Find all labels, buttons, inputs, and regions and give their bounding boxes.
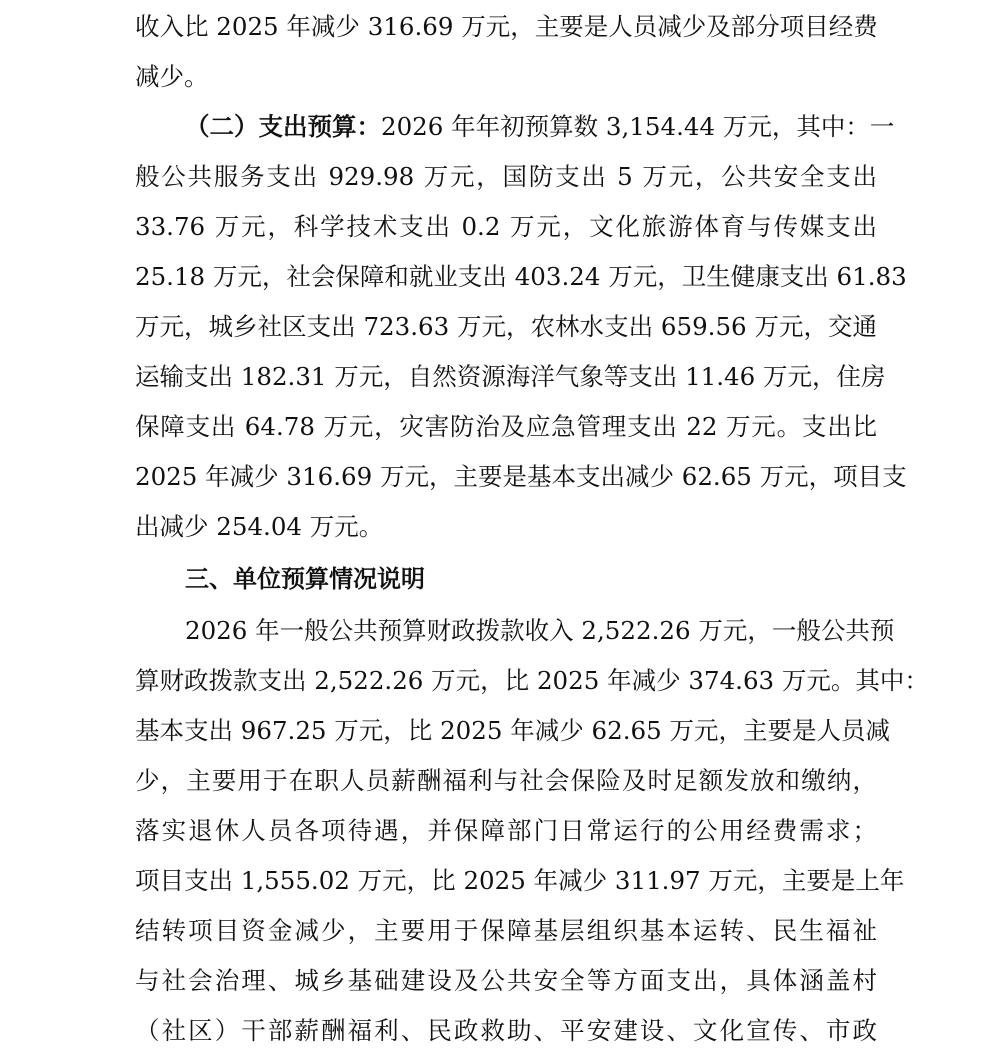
paragraph-line: 般公共服务支出 929.98 万元，国防支出 5 万元，公共安全支出 bbox=[135, 152, 877, 202]
paragraph-line: 保障支出 64.78 万元，灾害防治及应急管理支出 22 万元。支出比 bbox=[135, 402, 877, 452]
paragraph-line: 收入比 2025 年减少 316.69 万元，主要是人员减少及部分项目经费 bbox=[135, 2, 877, 52]
section-heading: 三、单位预算情况说明 bbox=[135, 554, 877, 604]
paragraph-line: 万元，城乡社区支出 723.63 万元，农林水支出 659.56 万元，交通 bbox=[135, 302, 877, 352]
expenditure-budget-heading: （二）支出预算： bbox=[185, 112, 381, 141]
paragraph-line: 33.76 万元，科学技术支出 0.2 万元，文化旅游体育与传媒支出 bbox=[135, 202, 877, 252]
paragraph-line: 结转项目资金减少，主要用于保障基层组织基本运转、民生福祉 bbox=[135, 906, 877, 956]
paragraph-line: 项目支出 1,555.02 万元，比 2025 年减少 311.97 万元，主要… bbox=[135, 856, 877, 906]
paragraph-line: 落实退休人员各项待遇，并保障部门日常运行的公用经费需求； bbox=[135, 806, 877, 856]
paragraph-line: 2025 年减少 316.69 万元，主要是基本支出减少 62.65 万元，项目… bbox=[135, 452, 877, 502]
paragraph-line: 出减少 254.04 万元。 bbox=[135, 502, 877, 552]
paragraph-line: 运输支出 182.31 万元，自然资源海洋气象等支出 11.46 万元，住房 bbox=[135, 352, 877, 402]
paragraph-line: （社区）干部薪酬福利、民政救助、平安建设、文化宣传、市政 bbox=[135, 1006, 877, 1056]
paragraph-line: 2026 年一般公共预算财政拨款收入 2,522.26 万元，一般公共预 bbox=[135, 606, 877, 656]
paragraph-line: 基本支出 967.25 万元，比 2025 年减少 62.65 万元，主要是人员… bbox=[135, 706, 877, 756]
paragraph-line: 减少。 bbox=[135, 52, 877, 102]
expenditure-budget-text: 2026 年年初预算数 3,154.44 万元，其中：一 bbox=[381, 112, 894, 141]
expenditure-budget-line: （二）支出预算：2026 年年初预算数 3,154.44 万元，其中：一 bbox=[135, 102, 877, 152]
paragraph-line: 少，主要用于在职人员薪酬福利与社会保险及时足额发放和缴纳， bbox=[135, 756, 877, 806]
paragraph-line: 算财政拨款支出 2,522.26 万元，比 2025 年减少 374.63 万元… bbox=[135, 656, 877, 706]
paragraph-line: 25.18 万元，社会保障和就业支出 403.24 万元，卫生健康支出 61.8… bbox=[135, 252, 877, 302]
paragraph-line: 与社会治理、城乡基础建设及公共安全等方面支出，具体涵盖村 bbox=[135, 956, 877, 1006]
